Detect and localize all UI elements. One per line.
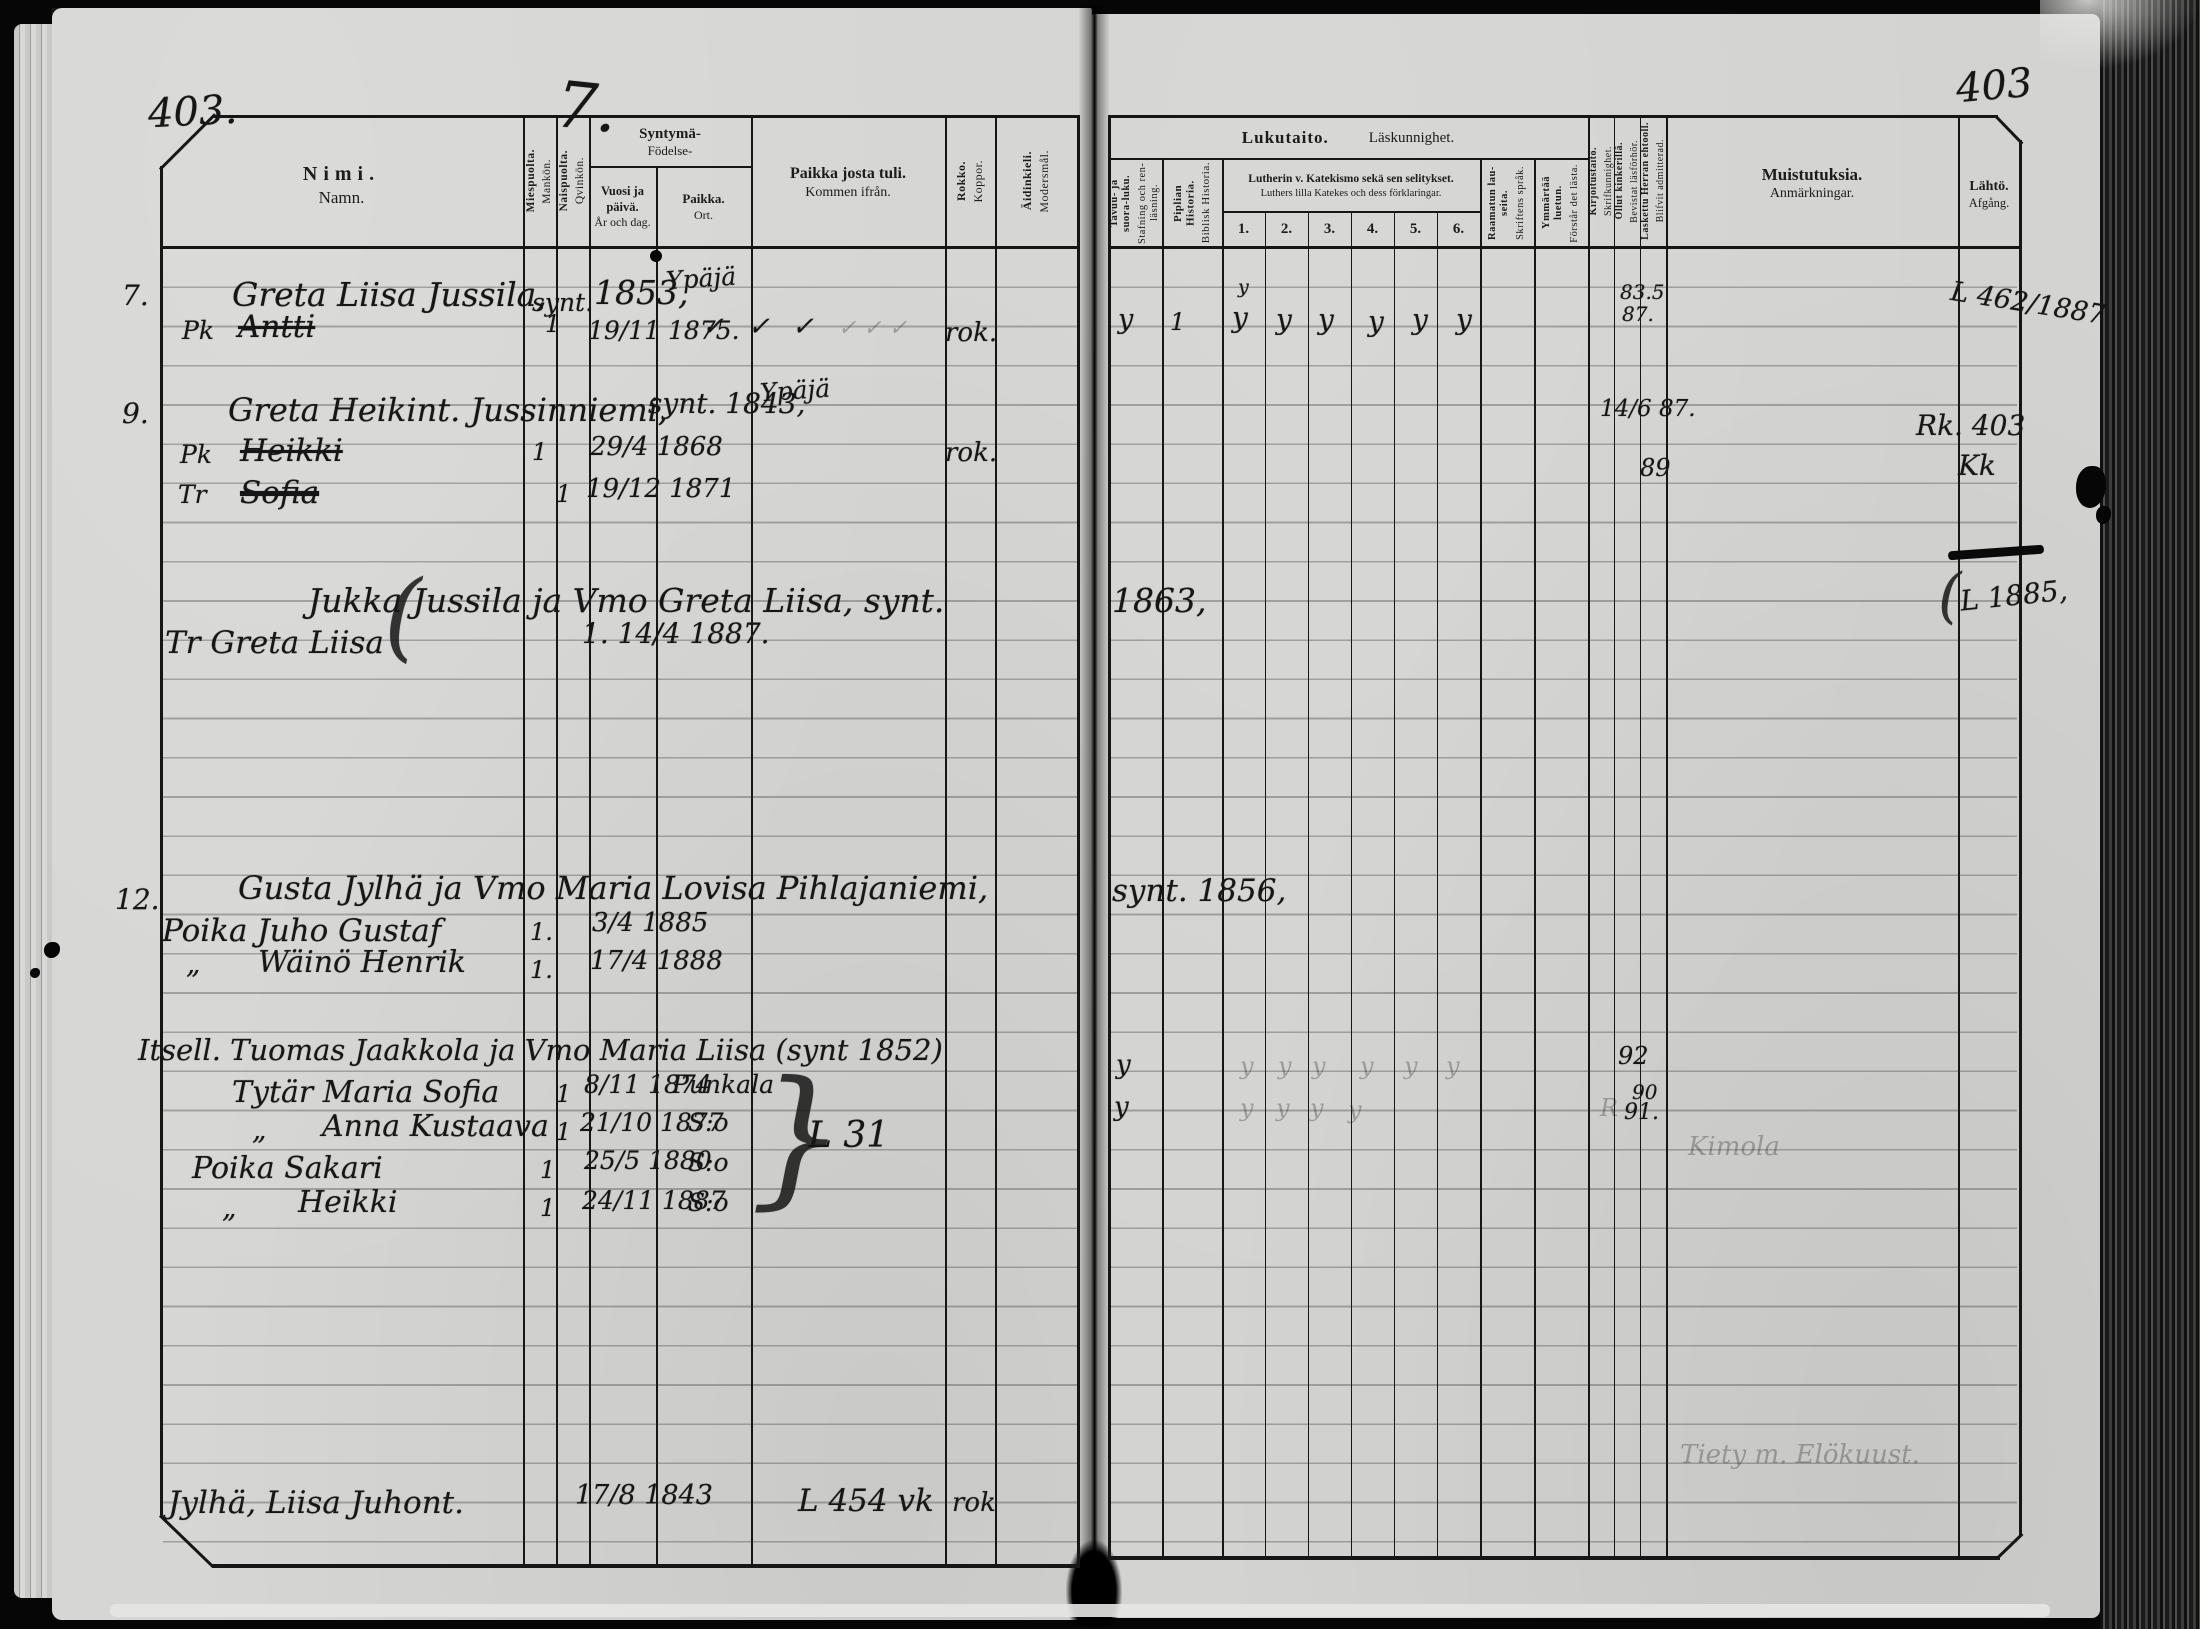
rokko-sv: Koppor.	[972, 160, 986, 203]
column-header-paikka-josta-tuli: Paikka josta tuli. Kommen ifrån.	[751, 130, 945, 236]
column-header-rokko: Rokko. Koppor.	[945, 118, 995, 244]
handwriting-entry: Wäinö Henrik	[258, 948, 466, 978]
katekismo-col-1: 1.	[1222, 213, 1265, 246]
handwriting-entry: S:o	[688, 1190, 729, 1215]
katekismo-col-line	[1308, 213, 1309, 1556]
handwriting-entry: Gusta Jylhä ja Vmo Maria Lovisa Pihlajan…	[238, 872, 988, 904]
josta-sv: Kommen ifrån.	[805, 184, 891, 202]
handwriting-entry: y	[1312, 1054, 1326, 1078]
right-header-bottom-line	[1108, 246, 2020, 249]
left-header-bottom-line	[160, 246, 1080, 249]
right-col-line	[1958, 115, 1960, 1556]
katekismo-col-line	[1351, 213, 1352, 1556]
right-col-line	[1534, 160, 1536, 1556]
katekismo-col-label: 6.	[1453, 221, 1464, 238]
handwriting-entry: y	[1238, 278, 1249, 297]
handwriting-entry: 1	[1170, 310, 1185, 334]
column-header-piplian-historia: Piplian Historia. Biblisk Historia.	[1162, 162, 1222, 244]
handwriting-entry: y	[1232, 304, 1248, 332]
katekismo-col-line	[1394, 213, 1395, 1556]
handwriting-entry: 1863,	[1112, 584, 1206, 617]
handwriting-entry: Ypäjä	[759, 376, 831, 406]
kirjoitus-sv: Skrifkunnighet.	[1603, 146, 1615, 216]
handwriting-entry: 17/8 1843	[575, 1482, 713, 1509]
muistutuksia-sv: Anmärkningar.	[1770, 185, 1854, 203]
kinkeri-sv: Bevistat läsförhör.	[1629, 140, 1641, 223]
right-col-line	[1162, 160, 1164, 1556]
handwriting-entry: 89	[1640, 456, 1671, 480]
right-page	[1092, 14, 2100, 1618]
handwriting-entry: Anna Kustaava	[322, 1112, 549, 1142]
church-record-scan: Nimi. Namn. Miespuolta. Mankön. Naispuol…	[0, 0, 2200, 1629]
handwriting-entry: „	[222, 1194, 237, 1222]
handwriting-entry: 1	[540, 1196, 555, 1220]
katekismo-col-2: 2.	[1265, 213, 1308, 246]
handwriting-entry: Pk	[180, 442, 212, 467]
handwriting-entry: Greta Heikint. Jussinniemi,	[228, 394, 668, 426]
handwriting-entry: 90	[1632, 1082, 1657, 1102]
paikka-sv: Ort.	[694, 208, 713, 223]
page-number-left: 403.	[147, 90, 238, 135]
piplian-sv: Biblisk Historia.	[1200, 162, 1213, 243]
handwriting-entry: Tiety m. Elökuust.	[1680, 1442, 1920, 1468]
column-header-kirjoitustaito: Kirjoitustaito. Skrifkunnighet.	[1588, 118, 1614, 244]
handwriting-entry: 1	[545, 312, 560, 336]
left-table-bottom-border	[212, 1564, 1080, 1568]
handwriting-entry: „	[252, 1116, 267, 1144]
right-col-line	[1640, 115, 1641, 1556]
handwriting-entry: 14/6 87.	[1600, 398, 1696, 421]
syntyma-group-underline	[589, 166, 751, 168]
handwriting-entry: Antti	[238, 312, 315, 343]
column-header-nimi: Nimi. Namn.	[163, 130, 520, 240]
ehtoollinen-sv: Blifvit admitterad.	[1655, 139, 1667, 222]
handwriting-entry: 1	[532, 440, 547, 464]
handwriting-entry: y	[1310, 1096, 1324, 1120]
mies-sv: Mankön.	[541, 159, 554, 204]
handwriting-entry: ✓	[702, 314, 724, 340]
handwriting-entry: ✓ ✓ ✓	[838, 318, 907, 340]
handwriting-entry: synt.	[532, 290, 593, 315]
handwriting-entry: y	[1276, 1096, 1290, 1120]
katekismo-col-line	[1437, 213, 1438, 1556]
handwriting-entry: y	[1456, 306, 1472, 334]
tavuu-fi: Tavuu- ja suora-luku.	[1109, 162, 1133, 244]
right-col-line	[1588, 115, 1590, 1556]
handwriting-entry: Heikki	[298, 1188, 397, 1218]
handwriting-entry: Kk	[1958, 452, 1996, 480]
katekismo-col-label: 1.	[1238, 221, 1249, 238]
handwriting-entry: ✓	[748, 314, 770, 340]
handwriting-entry: L 454 vk	[798, 1486, 934, 1517]
handwriting-entry: Kimola	[1688, 1134, 1780, 1160]
column-header-raamatun: Raamatun lau-seita. Skriftens språk.	[1480, 162, 1534, 244]
left-page	[52, 8, 1092, 1620]
katekismo-col-5: 5.	[1394, 213, 1437, 246]
syntyma-sv: Födelse-	[648, 143, 693, 159]
nimi-fi: Nimi.	[303, 162, 380, 187]
katekismo-col-label: 2.	[1281, 221, 1292, 238]
handwriting-entry: y	[1348, 1098, 1362, 1122]
left-table-left-border	[160, 166, 163, 1516]
handwriting-entry: Heikki	[240, 436, 343, 467]
handwriting-entry: 83.5	[1620, 282, 1665, 302]
handwriting-entry: synt. 1856,	[1112, 876, 1286, 907]
handwriting-entry: y	[1278, 1054, 1292, 1078]
handwriting-entry: y	[1404, 1054, 1418, 1078]
katekismo-col-label: 4.	[1367, 221, 1378, 238]
katekismo-col-label: 5.	[1410, 221, 1421, 238]
tavuu-sv: Stafning och ren-läsning.	[1137, 162, 1161, 244]
row-number: 12.	[115, 886, 160, 914]
handwriting-entry: 19/12 1871	[586, 476, 735, 502]
handwriting-entry: rok	[952, 1490, 996, 1516]
column-header-ehtoollinen: Laskettu Herran ehtooll. Blifvit admitte…	[1640, 118, 1666, 244]
column-header-kinkerilla: Ollut kinkerillä. Bevistat läsförhör.	[1614, 118, 1640, 244]
aidinkieli-fi: Äidinkieli.	[1021, 151, 1035, 210]
right-col-line	[1222, 160, 1224, 1556]
lahto-sv: Afgång.	[1969, 196, 2010, 212]
handwriting-entry: y	[1318, 306, 1334, 334]
group-header-katekismo: Lutherin v. Katekismo sekä sen selitykse…	[1222, 162, 1480, 210]
handwriting-entry: Jylhä, Liisa Juhont.	[168, 1488, 464, 1519]
handwriting-entry: rok.	[945, 440, 997, 466]
vuosi-sv: År och dag.	[594, 215, 650, 230]
raamatun-sv: Skriftens språk.	[1515, 166, 1527, 240]
left-table-right-border	[1077, 115, 1080, 1568]
josta-fi: Paikka josta tuli.	[790, 164, 906, 184]
muistutuksia-fi: Muistutuksia.	[1762, 164, 1863, 185]
lukutaito-group-underline	[1108, 158, 1588, 160]
column-header-vuosi: Vuosi ja päivä. År och dag.	[589, 170, 656, 244]
handwriting-entry: 91.	[1624, 1102, 1659, 1124]
handwriting-entry: ✓	[792, 314, 814, 340]
ink-dot	[650, 250, 662, 262]
handwriting-entry: Tytär Maria Sofia	[232, 1078, 499, 1108]
handwriting-entry: R	[1600, 1096, 1618, 1120]
katekismo-col-3: 3.	[1308, 213, 1351, 246]
handwriting-entry: y	[1114, 1094, 1129, 1120]
handwriting-entry: y	[1118, 306, 1133, 333]
handwriting-entry: Pk	[182, 318, 214, 343]
handwriting-entry: 29/4 1868	[590, 434, 723, 460]
column-header-ymmartaa: Ymmärtää luetun. Förstår det lästa.	[1534, 162, 1588, 244]
vuosi-fi: Vuosi ja päivä.	[589, 184, 656, 215]
handwriting-entry: Sofia	[240, 478, 319, 509]
nais-sv: Qvinkön.	[574, 157, 587, 204]
handwriting-entry: y	[1446, 1054, 1460, 1078]
handwriting-entry: 17/4 1888	[590, 948, 723, 974]
rokko-fi: Rokko.	[955, 161, 969, 201]
column-header-miespuolta: Miespuolta. Mankön.	[523, 118, 556, 244]
handwriting-entry: 1. 14/4 1887.	[582, 620, 770, 648]
raamatun-fi: Raamatun lau-seita.	[1487, 162, 1511, 244]
ymmartaa-fi: Ymmärtää luetun.	[1541, 162, 1565, 244]
right-table-bottom-border	[1108, 1556, 2000, 1560]
kinkeri-fi: Ollut kinkerillä.	[1614, 142, 1626, 219]
row-number: 7.	[122, 282, 149, 310]
folio-mark: 7.	[553, 73, 620, 143]
handwriting-entry: y	[1240, 1096, 1254, 1120]
handwriting-entry: 1.	[530, 920, 553, 944]
paikka-fi: Paikka.	[682, 191, 724, 207]
piplian-fi: Piplian Historia.	[1172, 162, 1197, 244]
column-header-paikka: Paikka. Ort.	[656, 170, 751, 244]
bottom-page-edge	[110, 1604, 2050, 1617]
lukutaito-fi: Lukutaito.	[1242, 128, 1329, 148]
katekismo-col-6: 6.	[1437, 213, 1480, 246]
nais-fi: Naispuolta.	[558, 150, 571, 211]
lukutaito-sv: Läskunnighet.	[1369, 130, 1454, 147]
handwriting-entry: Tr Greta Liisa	[165, 628, 384, 659]
handwriting-entry: y	[1412, 306, 1428, 334]
right-col-line	[1666, 115, 1668, 1556]
column-header-aidinkieli: Äidinkieli. Modersmål.	[995, 118, 1078, 244]
ymmartaa-sv: Förstår det lästa.	[1569, 164, 1581, 243]
right-page-stack-edge	[2100, 0, 2200, 1629]
katekismo-fi: Lutherin v. Katekismo sekä sen selitykse…	[1248, 172, 1453, 186]
handwriting-entry: Ypäjä	[665, 264, 737, 294]
handwriting-entry: 1	[540, 1158, 555, 1182]
right-col-line	[1480, 160, 1482, 1556]
right-table-left-border	[1108, 115, 1111, 1559]
handwriting-entry: y	[1240, 1054, 1254, 1078]
handwriting-entry: y	[1368, 308, 1384, 336]
handwriting-entry: Poika Juho Gustaf	[162, 916, 441, 947]
handwriting-entry: 87.	[1622, 304, 1654, 324]
handwriting-entry: (	[384, 568, 421, 664]
lahto-fi: Lähtö.	[1969, 178, 2008, 196]
binding-gutter	[1078, 6, 1110, 1624]
column-header-tavuu: Tavuu- ja suora-luku. Stafning och ren-l…	[1108, 162, 1162, 244]
handwriting-entry: 1	[556, 482, 571, 506]
syntyma-fi: Syntymä-	[639, 125, 701, 144]
handwriting-entry: rok.	[945, 320, 997, 346]
group-header-lukutaito: Lukutaito. Läskunnighet.	[1108, 118, 1588, 158]
handwriting-entry: 3/4 1885	[592, 910, 708, 936]
handwriting-entry: 92	[1618, 1044, 1649, 1068]
right-col-line	[1614, 115, 1615, 1556]
row-number: 9.	[122, 400, 149, 428]
handwriting-entry: L 31	[808, 1118, 889, 1154]
handwriting-entry: S:o	[688, 1150, 729, 1175]
handwriting-entry: 1	[556, 1082, 571, 1106]
ehtoollinen-fi: Laskettu Herran ehtooll.	[1640, 122, 1652, 240]
aidinkieli-sv: Modersmål.	[1038, 150, 1052, 213]
left-col-line	[523, 115, 525, 1564]
handwriting-entry: (	[1938, 566, 1961, 626]
left-col-line	[656, 168, 658, 1564]
handwriting-entry: Tr	[178, 482, 207, 507]
kirjoitus-fi: Kirjoitustaito.	[1588, 147, 1600, 215]
handwriting-entry: y	[1116, 1052, 1131, 1078]
handwriting-entry: y	[1360, 1054, 1374, 1078]
handwriting-entry: 1.	[530, 958, 553, 982]
handwriting-entry: Greta Liisa Jussila,	[232, 278, 547, 311]
handwriting-entry: Rk. 403	[1916, 412, 2025, 440]
column-header-lahto: Lähtö. Afgång.	[1958, 160, 2020, 230]
handwriting-entry: Poika Sakari	[192, 1154, 383, 1184]
right-table-right-border	[2019, 140, 2022, 1536]
handwriting-entry: y	[1276, 306, 1292, 334]
column-header-muistutuksia: Muistutuksia. Anmärkningar.	[1666, 130, 1958, 236]
katekismo-sv: Luthers lilla Katekes och dess förklarin…	[1261, 187, 1442, 200]
mies-fi: Miespuolta.	[525, 149, 538, 212]
handwriting-entry: „	[186, 950, 201, 978]
handwriting-entry: S:o	[688, 1110, 729, 1135]
page-number-right: 403	[1954, 63, 2034, 110]
katekismo-col-label: 3.	[1324, 221, 1335, 238]
handwriting-entry: 1	[556, 1120, 571, 1144]
katekismo-col-4: 4.	[1351, 213, 1394, 246]
nimi-sv: Namn.	[319, 187, 365, 208]
